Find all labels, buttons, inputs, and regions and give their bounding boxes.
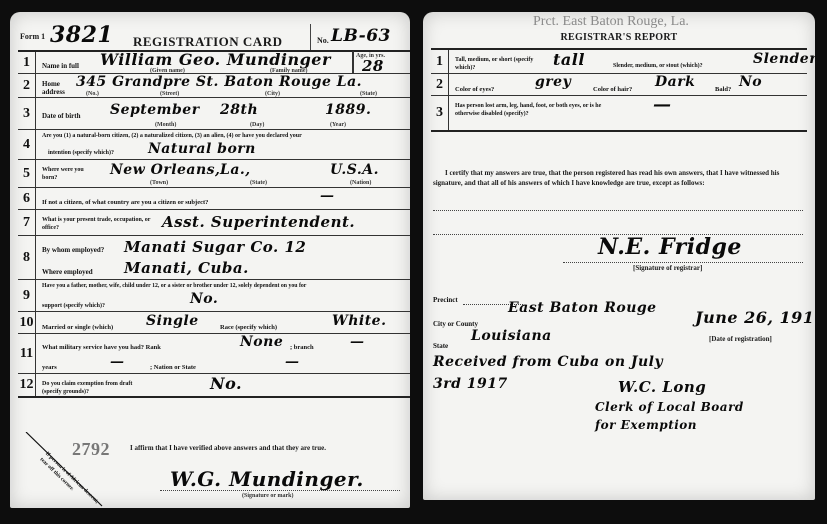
birth-month-value: September: [110, 102, 200, 118]
occupation-label: What is your present trade, occupation, …: [42, 216, 152, 232]
row-number: 10: [18, 312, 36, 333]
field-row-address: 2 Home address 345 Grandpre St. Baton Ro…: [18, 74, 410, 98]
caption: (Nation): [350, 180, 371, 186]
report-row-build: 1 Tall, medium, or short (specify which)…: [431, 50, 807, 74]
row-number: 5: [18, 160, 36, 187]
form-number: 3821: [50, 22, 113, 48]
registrant-signature: W.G. Mundinger.: [170, 467, 364, 491]
affirmation-text: I affirm that I have verified above answ…: [130, 444, 326, 452]
registration-date: June 26, 1917: [695, 308, 815, 327]
row-number: 4: [18, 130, 36, 159]
state-label: State: [433, 342, 448, 350]
branch-label: ; branch: [290, 344, 314, 352]
dependents-value: No.: [190, 291, 218, 307]
address-value: 345 Grandpre St. Baton Rouge La.: [76, 74, 362, 90]
registrar-signature: N.E. Fridge: [598, 234, 742, 260]
birthplace-label: Where were you born?: [42, 166, 86, 182]
row-number: 2: [18, 74, 36, 97]
row-number: 9: [18, 280, 36, 311]
row-number: 1: [431, 50, 449, 73]
build-value: Slender: [753, 51, 815, 67]
birthdate-label: Date of birth: [42, 112, 81, 120]
row-number: 7: [18, 210, 36, 235]
build-label: Slender, medium, or stout (which)?: [613, 62, 703, 70]
row-number: 8: [18, 236, 36, 279]
form-label: Form 1: [20, 32, 45, 41]
nation-value: —: [285, 354, 300, 370]
caption: (Day): [250, 122, 264, 128]
serial-stamp: 2792: [72, 439, 110, 460]
note-line-2: 3rd 1917: [433, 376, 508, 392]
caption: (No.): [86, 91, 99, 97]
field-row-exemption: 12 Do you claim exemption from draft (sp…: [18, 374, 410, 398]
rank-label: What military service have you had? Rank: [42, 344, 161, 352]
hair-color-label: Color of hair?: [593, 86, 632, 94]
age-value: 28: [362, 57, 384, 75]
birth-nation-value: U.S.A.: [330, 162, 379, 178]
row-number: 12: [18, 374, 36, 396]
row-number: 1: [18, 52, 36, 73]
nation-label: ; Nation or State: [150, 364, 196, 372]
height-label: Tall, medium, or short (specify which)?: [455, 56, 535, 72]
exemption-label: Do you claim exemption from draft (speci…: [42, 380, 152, 396]
date-caption: [Date of registration]: [709, 335, 772, 343]
birth-state-value: La.,: [220, 162, 251, 178]
clerk-name: W.C. Long: [618, 378, 706, 396]
height-value: tall: [553, 50, 585, 69]
field-row-military: 11 What military service have you had? R…: [18, 334, 410, 374]
field-row-name: 1 Name in full William Geo. Mundinger (G…: [18, 52, 410, 74]
serial-number-label: No.: [317, 36, 329, 45]
precinct-label: Precinct: [433, 296, 458, 304]
field-row-birthplace: 5 Where were you born? New Orleans, La.,…: [18, 160, 410, 188]
card-title: REGISTRATION CARD: [133, 34, 282, 50]
field-row-occupation: 7 What is your present trade, occupation…: [18, 210, 410, 236]
bald-label: Bald?: [715, 86, 731, 94]
caption: (Month): [155, 122, 176, 128]
registration-card: Form 1 3821 REGISTRATION CARD No. LB-63 …: [10, 12, 410, 508]
disability-label: Has person lost arm, leg, hand, foot, or…: [455, 102, 625, 118]
serial-number-value: LB-63: [331, 26, 391, 46]
caption: (State): [250, 180, 267, 186]
marital-label: Married or single (which): [42, 324, 113, 332]
disability-value: —: [653, 94, 672, 115]
marital-value: Single: [146, 313, 199, 329]
occupation-value: Asst. Superintendent.: [162, 213, 355, 231]
row-number: 3: [18, 98, 36, 129]
field-row-marital-race: 10 Married or single (which) Single Race…: [18, 312, 410, 334]
city-label: City or County: [433, 320, 478, 328]
certification-text: I certify that my answers are true, that…: [433, 168, 803, 188]
report-fields: 1 Tall, medium, or short (specify which)…: [431, 48, 807, 132]
field-row-employer: 8 By whom employed? Manati Sugar Co. 12 …: [18, 236, 410, 280]
field-row-birthdate: 3 Date of birth September 28th 1889. (Mo…: [18, 98, 410, 130]
years-label: years: [42, 364, 57, 372]
caption: (State): [360, 91, 377, 97]
employer-label: By whom employed?: [42, 246, 104, 254]
report-row-appearance: 2 Color of eyes? grey Color of hair? Dar…: [431, 74, 807, 96]
support-label: support (specify which)?: [42, 302, 105, 310]
row-number: 11: [18, 334, 36, 373]
registrar-signature-line: [563, 262, 803, 263]
race-value: White.: [332, 313, 386, 329]
intention-label: intention (specify which)?: [48, 149, 114, 157]
dependents-label: Have you a father, mother, wife, child u…: [42, 282, 306, 290]
caption: (City): [265, 91, 280, 97]
years-value: —: [110, 354, 125, 370]
serial-number-box: No. LB-63: [310, 24, 410, 50]
citizenship-label: Are you (1) a natural-born citizen, (2) …: [42, 132, 302, 140]
state-value: Louisiana: [471, 328, 552, 344]
work-location-label: Where employed: [42, 268, 93, 276]
foreign-citizenship-value: —: [320, 188, 335, 204]
address-label: Home address: [42, 80, 72, 96]
exception-line-1: [433, 210, 803, 211]
city-value: East Baton Rouge: [508, 300, 657, 316]
card-fields: 1 Name in full William Geo. Mundinger (G…: [18, 50, 410, 398]
field-row-foreign-citizenship: 6 If not a citizen, of what country are …: [18, 188, 410, 210]
eye-color-label: Color of eyes?: [455, 86, 494, 94]
eye-color-value: grey: [535, 74, 571, 90]
field-row-citizenship: 4 Are you (1) a natural-born citizen, (2…: [18, 130, 410, 160]
birth-year-value: 1889.: [325, 102, 371, 118]
hair-color-value: Dark: [655, 74, 695, 90]
field-row-dependents: 9 Have you a father, mother, wife, child…: [18, 280, 410, 312]
report-row-disability: 3 Has person lost arm, leg, hand, foot, …: [431, 96, 807, 132]
row-number: 3: [431, 96, 449, 130]
birth-town-value: New Orleans,: [110, 162, 220, 178]
report-title: REGISTRAR'S REPORT: [423, 32, 815, 43]
clerk-title-1: Clerk of Local Board: [595, 400, 744, 414]
row-number: 2: [431, 74, 449, 95]
note-line-1: Received from Cuba on July: [433, 354, 663, 370]
exemption-value: No.: [210, 374, 242, 393]
caption: (Street): [160, 91, 179, 97]
citizenship-value: Natural born: [148, 141, 256, 157]
clerk-title-2: for Exemption: [595, 418, 697, 432]
caption: (Town): [150, 180, 168, 186]
caption: (Year): [330, 122, 346, 128]
row-number: 6: [18, 188, 36, 209]
foreign-citizenship-label: If not a citizen, of what country are yo…: [42, 199, 208, 207]
branch-value: —: [350, 334, 365, 350]
full-name-value: William Geo. Mundinger: [100, 50, 331, 69]
bald-value: No: [739, 74, 762, 90]
name-label: Name in full: [42, 62, 79, 70]
birth-day-value: 28th: [220, 102, 258, 118]
race-label: Race (specify which): [220, 324, 277, 332]
precinct-stamp: Prct. East Baton Rouge, La.: [533, 14, 689, 30]
work-location-value: Manati, Cuba.: [124, 259, 249, 277]
card-header: Form 1 3821 REGISTRATION CARD No. LB-63: [10, 12, 410, 50]
rank-value: None: [240, 334, 283, 350]
employer-value: Manati Sugar Co. 12: [124, 238, 306, 256]
registrar-signature-caption: [Signature of registrar]: [633, 264, 702, 272]
signature-caption: (Signature or mark): [242, 493, 293, 499]
registrars-report-card: Prct. East Baton Rouge, La. REGISTRAR'S …: [423, 12, 815, 500]
